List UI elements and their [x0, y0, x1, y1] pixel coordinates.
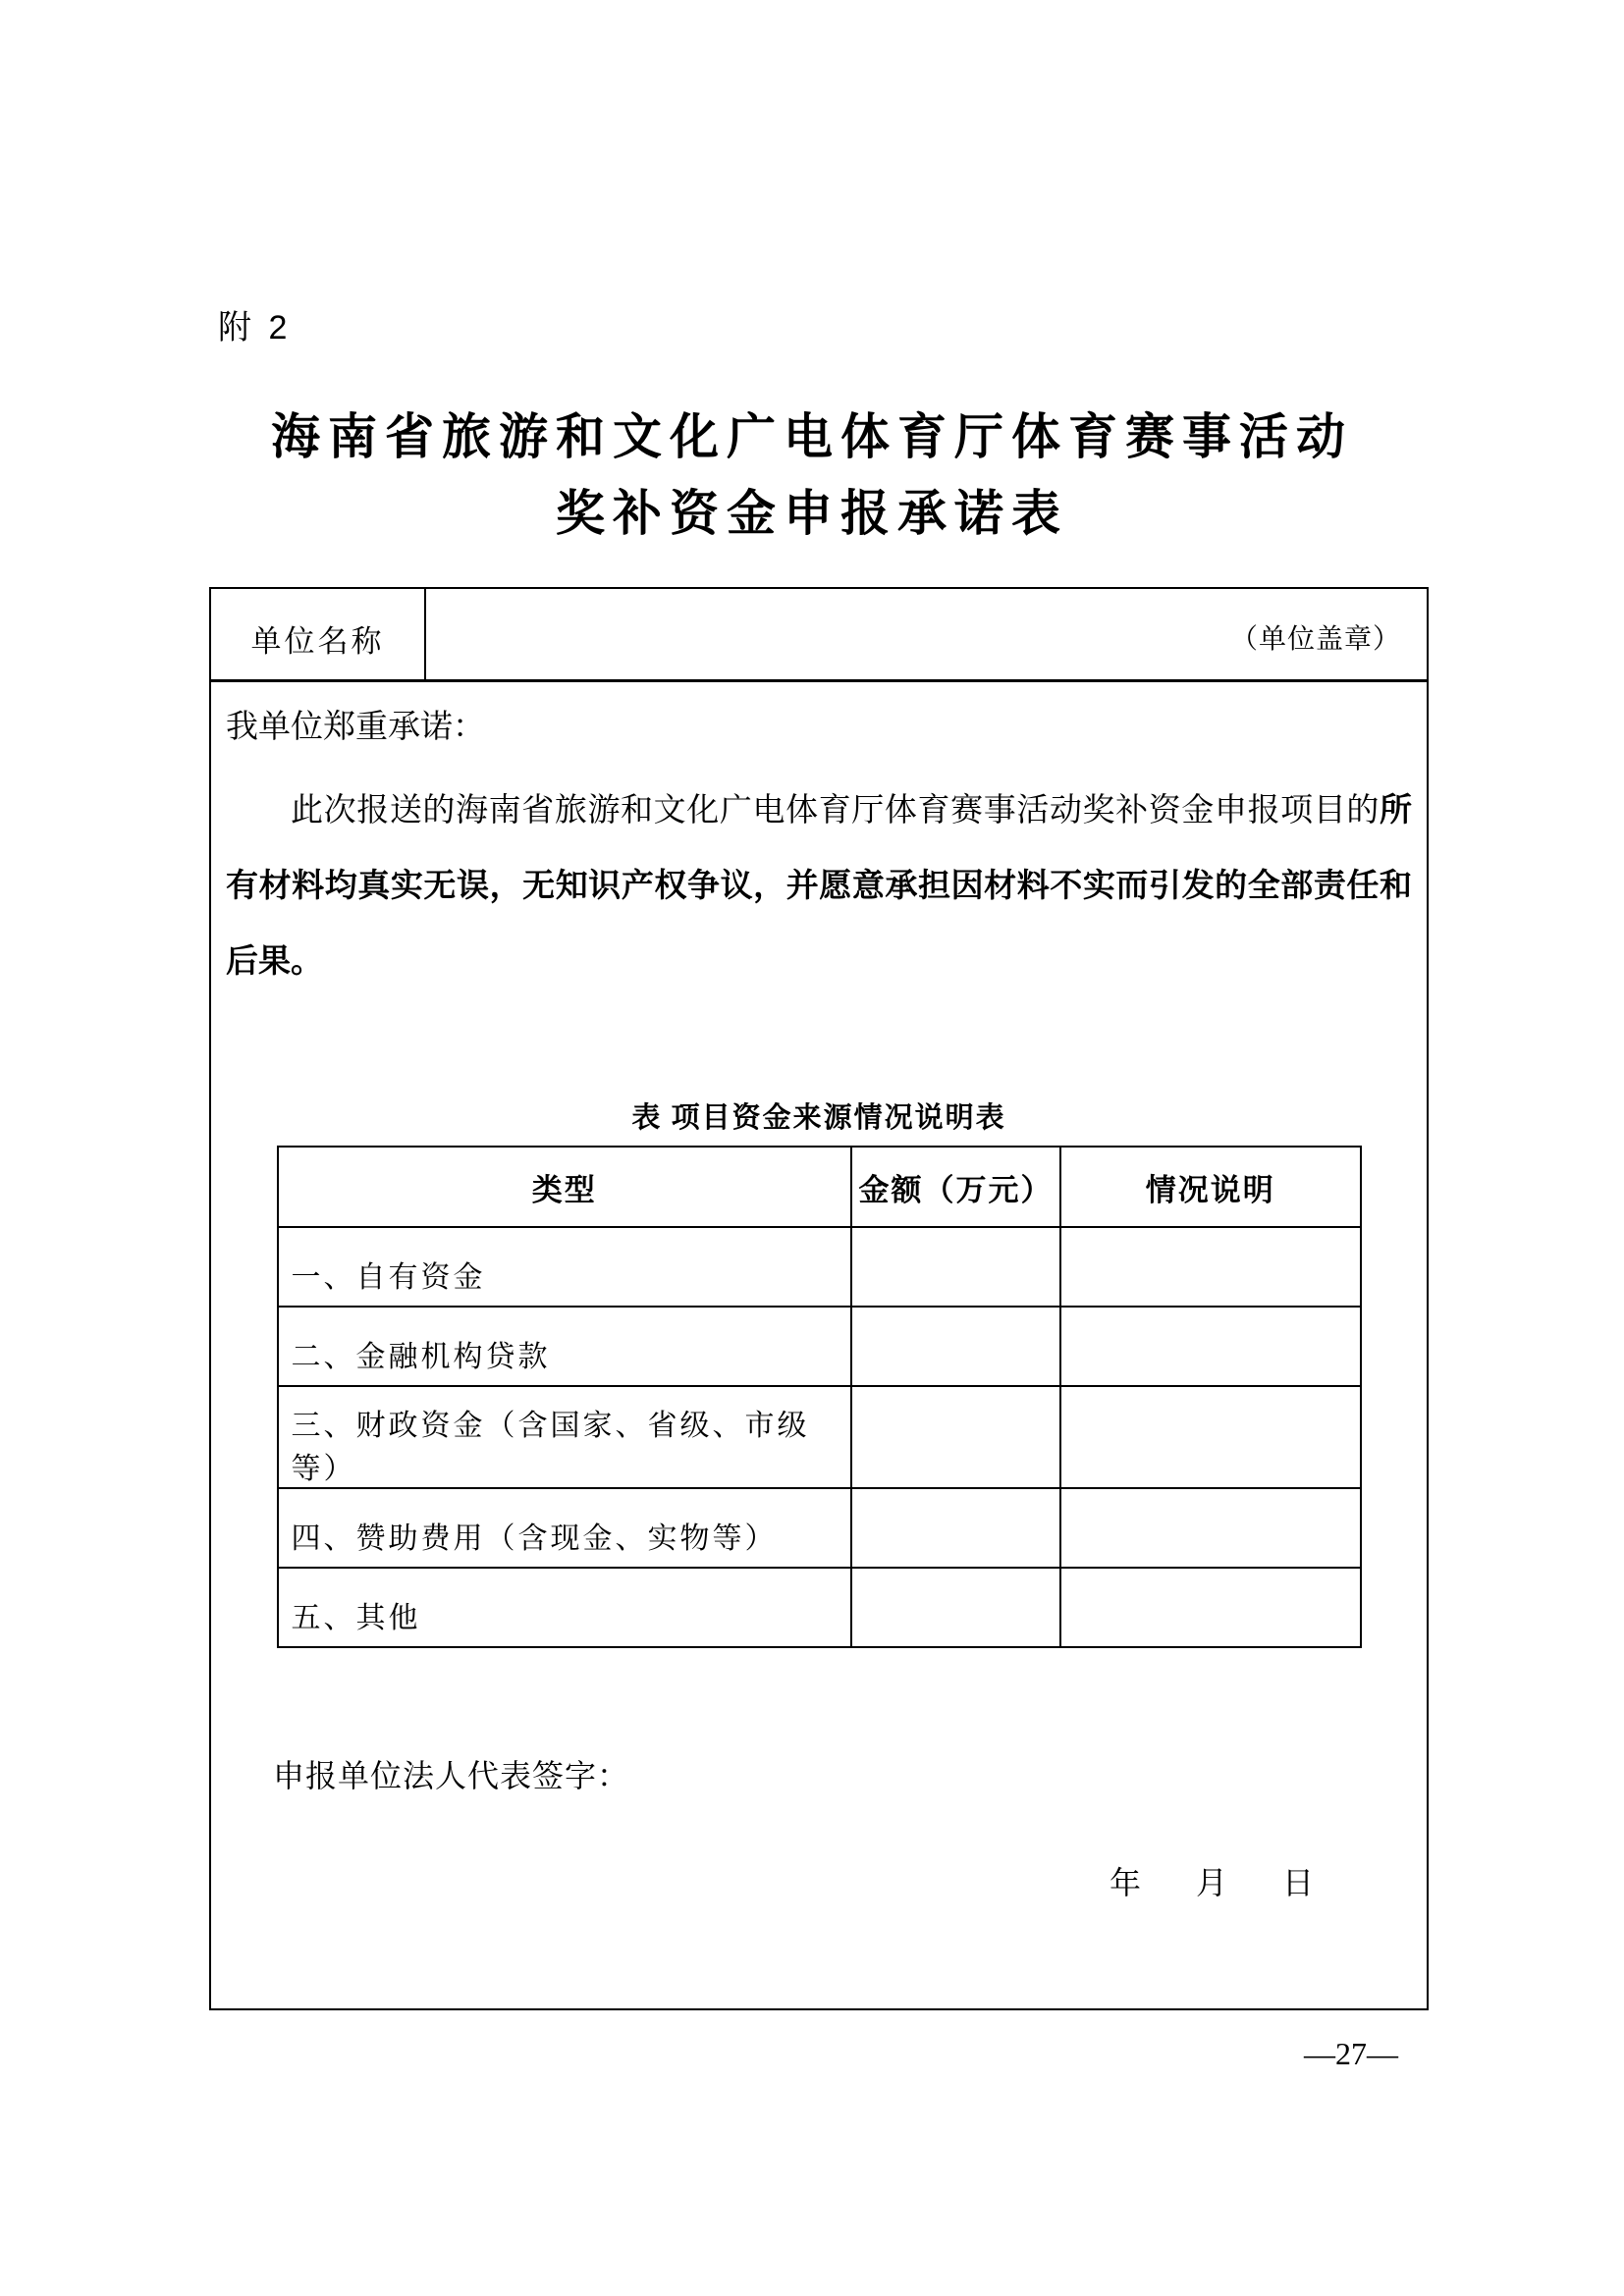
- funding-table-body: 一、自有资金二、金融机构贷款三、财政资金（含国家、省级、市级等）四、赞助费用（含…: [278, 1227, 1361, 1647]
- signature-label: 申报单位法人代表签字：: [226, 1754, 1412, 1797]
- table-row: 四、赞助费用（含现金、实物等）: [278, 1488, 1361, 1568]
- row-amount-cell: [851, 1386, 1060, 1488]
- unit-name-value-cell: （单位盖章）: [426, 589, 1427, 679]
- row-note-cell: [1060, 1488, 1361, 1568]
- page-number: —27—: [1304, 2036, 1398, 2071]
- row-amount-cell: [851, 1227, 1060, 1307]
- title-line-1: 海南省旅游和文化广电体育厅体育赛事活动: [0, 399, 1624, 475]
- unit-name-row: 单位名称 （单位盖章）: [211, 589, 1427, 682]
- title-line-2: 奖补资金申报承诺表: [0, 475, 1624, 552]
- date-day-label: 日: [1282, 1865, 1314, 1900]
- unit-name-label: 单位名称: [211, 589, 426, 679]
- column-header-note: 情况说明: [1060, 1147, 1361, 1227]
- row-note-cell: [1060, 1386, 1361, 1488]
- row-type-cell: 四、赞助费用（含现金、实物等）: [278, 1488, 852, 1568]
- document-title: 海南省旅游和文化广电体育厅体育赛事活动 奖补资金申报承诺表: [0, 399, 1624, 552]
- commitment-paragraph: 此次报送的海南省旅游和文化广电体育厅体育赛事活动奖补资金申报项目的所有材料均真实…: [226, 774, 1412, 1000]
- row-amount-cell: [851, 1488, 1060, 1568]
- row-amount-cell: [851, 1568, 1060, 1647]
- funding-table-header-row: 类型 金额（万元） 情况说明: [278, 1147, 1361, 1227]
- table-row: 二、金融机构贷款: [278, 1307, 1361, 1386]
- date-year-label: 年: [1110, 1865, 1141, 1900]
- unit-seal-label: （单位盖章）: [1230, 617, 1401, 657]
- column-header-amount: 金额（万元）: [851, 1147, 1060, 1227]
- row-amount-cell: [851, 1307, 1060, 1386]
- document-page: 附 2 海南省旅游和文化广电体育厅体育赛事活动 奖补资金申报承诺表 单位名称 （…: [0, 0, 1624, 2296]
- row-note-cell: [1060, 1307, 1361, 1386]
- commitment-normal-text: 此次报送的海南省旅游和文化广电体育厅体育赛事活动奖补资金申报项目的: [291, 793, 1380, 828]
- date-month-label: 月: [1196, 1865, 1227, 1900]
- row-type-cell: 五、其他: [278, 1568, 852, 1647]
- column-header-type: 类型: [278, 1147, 852, 1227]
- row-type-cell: 二、金融机构贷款: [278, 1307, 852, 1386]
- commitment-intro: 我单位郑重承诺：: [226, 690, 1412, 766]
- form-body: 我单位郑重承诺： 此次报送的海南省旅游和文化广电体育厅体育赛事活动奖补资金申报项…: [211, 690, 1427, 1797]
- row-note-cell: [1060, 1227, 1361, 1307]
- row-type-cell: 三、财政资金（含国家、省级、市级等）: [278, 1386, 852, 1488]
- row-note-cell: [1060, 1568, 1361, 1647]
- funding-table: 类型 金额（万元） 情况说明 一、自有资金二、金融机构贷款三、财政资金（含国家、…: [277, 1146, 1362, 1648]
- table-row: 五、其他: [278, 1568, 1361, 1647]
- funding-table-caption: 表 项目资金来源情况说明表: [226, 1098, 1412, 1138]
- table-row: 三、财政资金（含国家、省级、市级等）: [278, 1386, 1361, 1488]
- date-line: 年 月 日: [1110, 1865, 1314, 1900]
- attachment-label: 附 2: [218, 308, 291, 347]
- form-box: 单位名称 （单位盖章） 我单位郑重承诺： 此次报送的海南省旅游和文化广电体育厅体…: [209, 587, 1429, 2010]
- row-type-cell: 一、自有资金: [278, 1227, 852, 1307]
- table-row: 一、自有资金: [278, 1227, 1361, 1307]
